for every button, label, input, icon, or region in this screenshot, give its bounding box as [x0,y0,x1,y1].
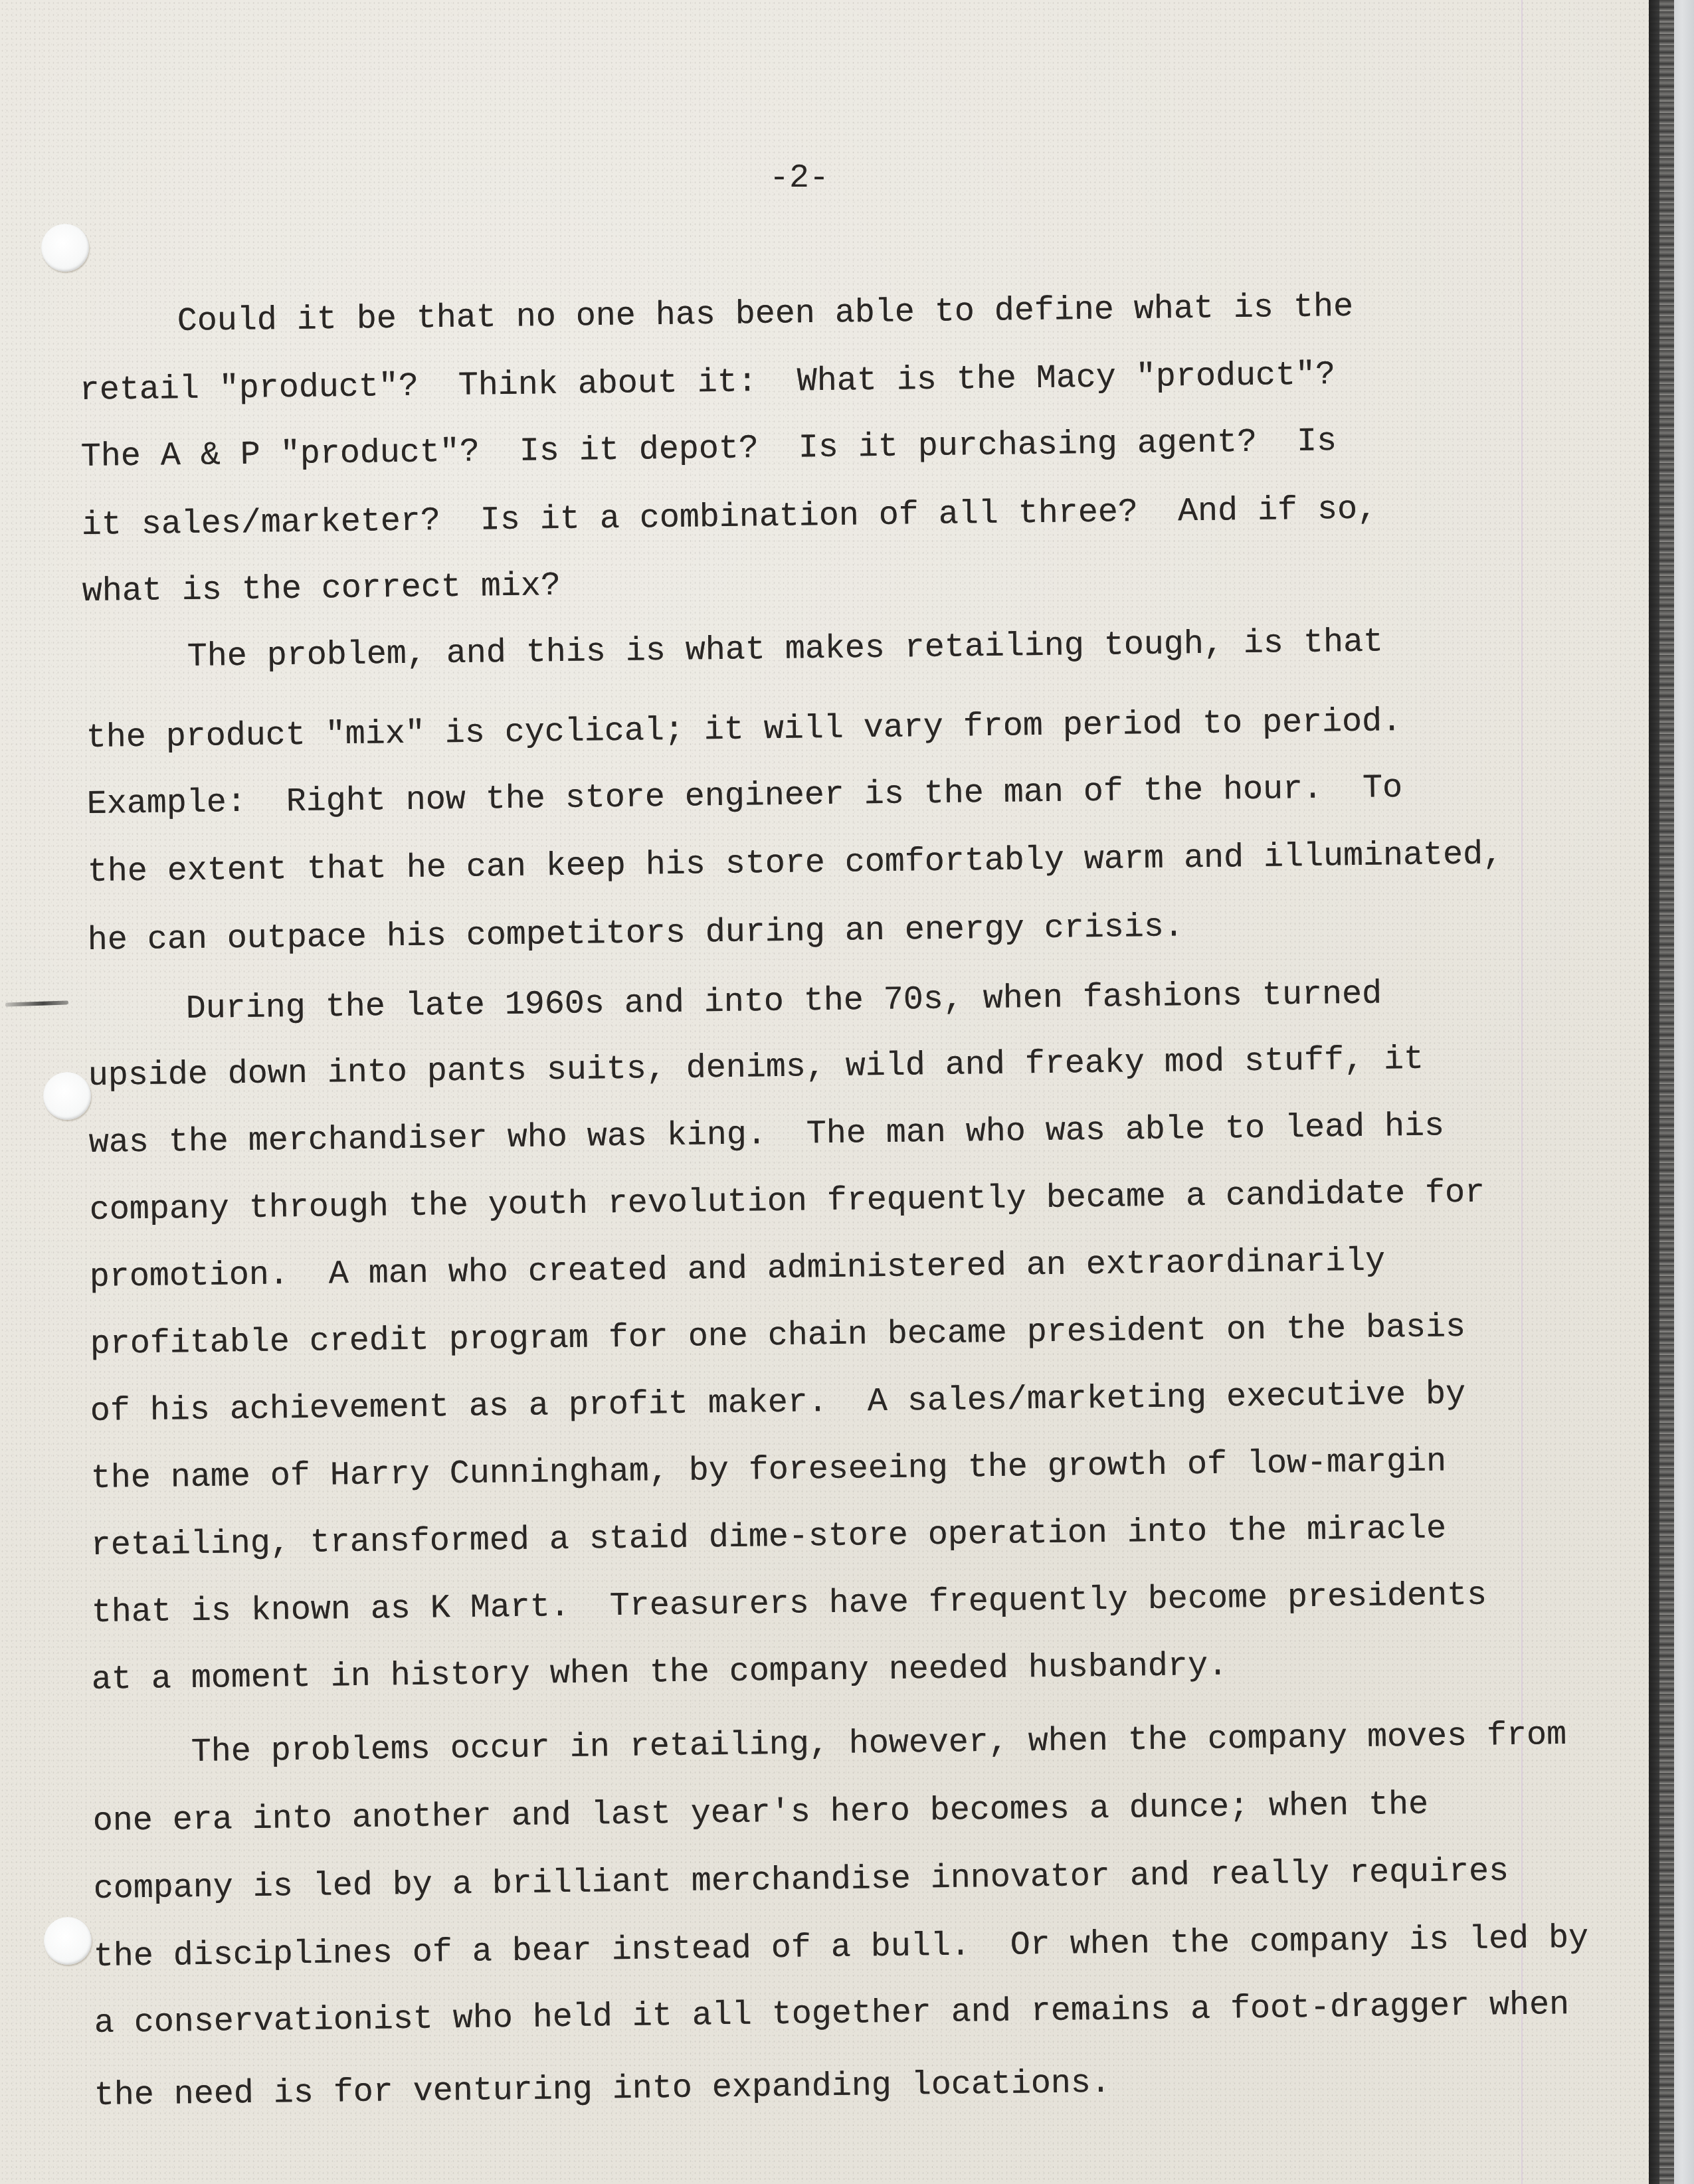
hole-punch [41,224,89,272]
binding-edge-shadow [1649,0,1675,2184]
scanner-edge-strip [1674,0,1694,2184]
hole-punch [43,1072,91,1120]
margin-rule-line [1521,0,1523,2184]
hole-punch [44,1917,92,1965]
text-line: what is the correct mix? [82,570,561,609]
page-number: -2- [769,162,829,195]
